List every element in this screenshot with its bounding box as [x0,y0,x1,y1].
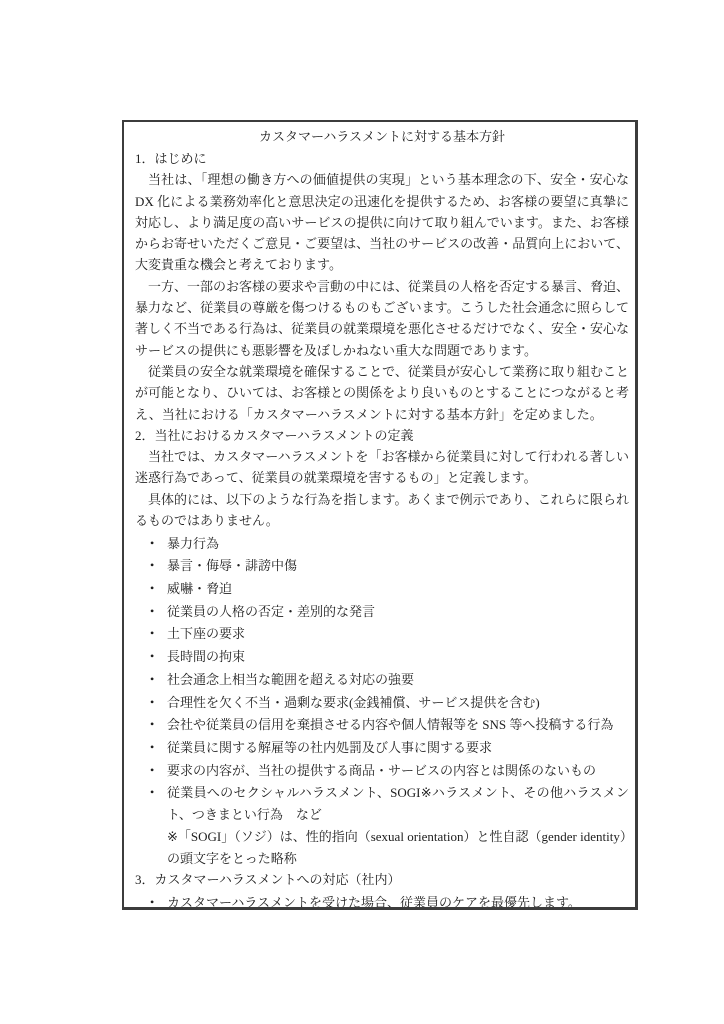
paragraph: 具体的には、以下のような行為を指します。あくまで例示であり、これらに限られるもの… [135,489,629,532]
list-item: •合理性を欠く不当・過剰な要求(金銭補償、サービス提供を含む) [135,692,629,713]
section-heading: 1．はじめに [135,148,629,169]
bullet-icon: • [150,692,154,713]
list-item-text: 会社や従業員の信用を棄損させる内容や個人情報等を SNS 等へ投稿する行為 [167,717,613,732]
list-item: •従業員の人格の否定・差別的な発言 [135,601,629,622]
bullet-icon: • [150,760,154,781]
bullet-icon: • [150,892,154,910]
list-item-text: 従業員の人格の否定・差別的な発言 [167,604,375,619]
list-item-text: 長時間の拘束 [167,649,245,664]
footnote: ※「SOGI」（ソジ）は、性的指向（sexual orientation）と性自… [167,826,629,869]
list-item-text: 土下座の要求 [167,626,245,641]
list-item-text: カスタマーハラスメントを受けた場合、従業員のケアを最優先します。 [167,895,581,910]
paragraph: 当社では、カスタマーハラスメントを「お客様から従業員に対して行われる著しい迷惑行… [135,446,629,489]
list-item: •要求の内容が、当社の提供する商品・サービスの内容とは関係のないもの [135,760,629,781]
list-item-text: 従業員に関する解雇等の社内処罰及び人事に関する要求 [167,740,492,755]
bullet-icon: • [150,578,154,599]
list-item: •会社や従業員の信用を棄損させる内容や個人情報等を SNS 等へ投稿する行為 [135,714,629,735]
list-item: •暴力行為 [135,533,629,554]
list-item: •土下座の要求 [135,623,629,644]
bullet-icon: • [150,782,154,803]
list-item: •従業員へのセクシャルハラスメント、SOGI※ハラスメント、その他ハラスメント、… [135,782,629,825]
list-item-text: 社会通念上相当な範囲を超える対応の強要 [167,672,414,687]
list-item: •社会通念上相当な範囲を超える対応の強要 [135,669,629,690]
bullet-icon: • [150,669,154,690]
bullet-icon: • [150,555,154,576]
list-item: •従業員に関する解雇等の社内処罰及び人事に関する要求 [135,737,629,758]
bullet-icon: • [150,533,154,554]
list-item-text: 要求の内容が、当社の提供する商品・サービスの内容とは関係のないもの [167,763,596,778]
list-item-text: 合理性を欠く不当・過剰な要求(金銭補償、サービス提供を含む) [167,695,540,710]
list-item: •暴言・侮辱・誹謗中傷 [135,555,629,576]
document-title: カスタマーハラスメントに対する基本方針 [135,125,629,148]
section-heading: 3．カスタマーハラスメントへの対応（社内） [135,869,629,890]
list-item-text: 暴言・侮辱・誹謗中傷 [167,558,297,573]
paragraph: 従業員の安全な就業環境を確保することで、従業員が安心して業務に取り組むことが可能… [135,361,629,425]
policy-document-box: カスタマーハラスメントに対する基本方針 1．はじめに当社は、「理想の働き方への価… [122,120,638,910]
list-item: •威嚇・脅迫 [135,578,629,599]
bullet-icon: • [150,646,154,667]
paragraph: 当社は、「理想の働き方への価値提供の実現」という基本理念の下、安全・安心なDX … [135,169,629,275]
bullet-icon: • [150,737,154,758]
list-item-text: 暴力行為 [167,536,219,551]
list-item-text: 従業員へのセクシャルハラスメント、SOGI※ハラスメント、その他ハラスメント、つ… [167,785,629,821]
bullet-icon: • [150,623,154,644]
paragraph: 一方、一部のお客様の要求や言動の中には、従業員の人格を否定する暴言、脅迫、暴力な… [135,276,629,361]
bullet-icon: • [150,714,154,735]
section-heading: 2．当社におけるカスタマーハラスメントの定義 [135,425,629,446]
list-item-text: 威嚇・脅迫 [167,581,232,596]
document-body: 1．はじめに当社は、「理想の働き方への価値提供の実現」という基本理念の下、安全・… [135,148,629,910]
list-item: •長時間の拘束 [135,646,629,667]
list-item: •カスタマーハラスメントを受けた場合、従業員のケアを最優先します。 [135,892,629,910]
bullet-icon: • [150,601,154,622]
